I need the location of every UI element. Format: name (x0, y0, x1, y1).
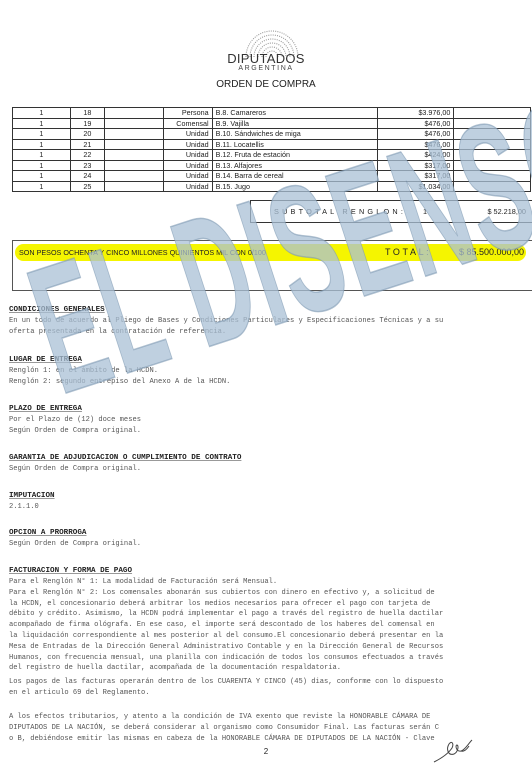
cell-blank (105, 171, 164, 182)
cell-total (454, 139, 531, 150)
paragraph-text: A los efectos tributarios, y atento a la… (9, 712, 439, 744)
cell-blank (105, 150, 164, 161)
cell-description: B.12. Fruta de estación (212, 150, 377, 161)
cell-unit: Unidad (163, 171, 212, 182)
cell-blank (105, 181, 164, 192)
cell-qty: 1 (13, 108, 71, 119)
cell-total (454, 181, 531, 192)
items-table: 118PersonaB.8. Camareros$3.976,00119Come… (12, 107, 531, 192)
org-country: ARGENTINA (0, 65, 532, 72)
total-in-words: SON PESOS OCHENTA Y CINCO MILLONES QUINI… (19, 248, 266, 257)
section-body: Renglón 1: en el ámbito de la HCDN. Reng… (9, 366, 230, 388)
cell-unit: Unidad (163, 139, 212, 150)
cell-item-number: 23 (70, 160, 104, 171)
cell-qty: 1 (13, 171, 71, 182)
paragraph-efectos-tributarios: A los efectos tributarios, y atento a la… (9, 712, 439, 744)
document-title: ORDEN DE COMPRA (0, 79, 532, 90)
cell-description: B.9. Vajilla (212, 118, 377, 129)
section-condiciones-generales: CONDICIONES GENERALES En un todo de acue… (9, 298, 443, 338)
subtotal-box: SUBTOTAL RENGLON: 1 $ 52.218,00 (250, 200, 532, 223)
subtotal-amount: $ 52.218,00 (487, 207, 526, 216)
table-row: 120UnidadB.10. Sándwiches de miga$476,00 (13, 129, 531, 140)
cell-description: B.14. Barra de cereal (212, 171, 377, 182)
section-body: 2.1.1.0 (9, 502, 55, 513)
section-title: IMPUTACION (9, 491, 55, 501)
signature-icon (432, 736, 477, 766)
section-title: LUGAR DE ENTREGA (9, 355, 82, 365)
total-amount: $ 85.500.000,00 (459, 247, 524, 257)
cell-unit-price: $317,00 (377, 160, 454, 171)
cell-qty: 1 (13, 129, 71, 140)
section-body: En un todo de acuerdo al Pliego de Bases… (9, 316, 443, 338)
cell-qty: 1 (13, 118, 71, 129)
table-row: 122UnidadB.12. Fruta de estación$424,00 (13, 150, 531, 161)
section-garantia: GARANTIA DE ADJUDICACION O CUMPLIMIENTO … (9, 446, 241, 475)
cell-unit: Unidad (163, 129, 212, 140)
cell-unit-price: $317,00 (377, 171, 454, 182)
cell-unit-price: $1.034,00 (377, 181, 454, 192)
cell-unit-price: $3.976,00 (377, 108, 454, 119)
cell-item-number: 18 (70, 108, 104, 119)
cell-qty: 1 (13, 139, 71, 150)
cell-total (454, 160, 531, 171)
section-lugar-de-entrega: LUGAR DE ENTREGA Renglón 1: en el ámbito… (9, 348, 230, 388)
cell-item-number: 24 (70, 171, 104, 182)
section-facturacion: FACTURACION Y FORMA DE PAGO Para el Reng… (9, 559, 443, 674)
cell-description: B.15. Jugo (212, 181, 377, 192)
cell-blank (105, 139, 164, 150)
cell-unit-price: $476,00 (377, 139, 454, 150)
cell-item-number: 25 (70, 181, 104, 192)
subtotal-label: SUBTOTAL RENGLON: (274, 207, 406, 216)
cell-description: B.8. Camareros (212, 108, 377, 119)
cell-blank (105, 129, 164, 140)
cell-item-number: 21 (70, 139, 104, 150)
cell-total (454, 118, 531, 129)
total-label: TOTAL: (385, 247, 431, 257)
cell-total (454, 129, 531, 140)
section-body: Para el Renglón N° 1: La modalidad de Fa… (9, 577, 443, 674)
section-body: Según Orden de Compra original. (9, 539, 141, 550)
cell-unit: Unidad (163, 150, 212, 161)
table-row: 123UnidadB.13. Alfajores$317,00 (13, 160, 531, 171)
cell-item-number: 22 (70, 150, 104, 161)
section-imputacion: IMPUTACION 2.1.1.0 (9, 484, 55, 513)
cell-total (454, 108, 531, 119)
org-name: DIPUTADOS (0, 51, 532, 66)
cell-qty: 1 (13, 160, 71, 171)
cell-total (454, 150, 531, 161)
cell-total (454, 171, 531, 182)
cell-unit: Persona (163, 108, 212, 119)
cell-blank (105, 118, 164, 129)
paragraph-text: Los pagos de las facturas operarán dentr… (9, 677, 443, 699)
cell-unit: Unidad (163, 160, 212, 171)
paragraph-plazo-pagos: Los pagos de las facturas operarán dentr… (9, 677, 443, 699)
cell-blank (105, 160, 164, 171)
cell-item-number: 20 (70, 129, 104, 140)
table-row: 118PersonaB.8. Camareros$3.976,00 (13, 108, 531, 119)
section-title: CONDICIONES GENERALES (9, 305, 105, 315)
cell-item-number: 19 (70, 118, 104, 129)
table-row: 125UnidadB.15. Jugo$1.034,00 (13, 181, 531, 192)
section-title: FACTURACION Y FORMA DE PAGO (9, 566, 132, 576)
section-body: Según Orden de Compra original. (9, 464, 241, 475)
cell-unit-price: $476,00 (377, 129, 454, 140)
table-row: 121UnidadB.11. Locatellis$476,00 (13, 139, 531, 150)
section-plazo-de-entrega: PLAZO DE ENTREGA Por el Plazo de (12) do… (9, 397, 141, 437)
total-box: SON PESOS OCHENTA Y CINCO MILLONES QUINI… (12, 240, 532, 291)
cell-description: B.10. Sándwiches de miga (212, 129, 377, 140)
table-row: 124UnidadB.14. Barra de cereal$317,00 (13, 171, 531, 182)
section-opcion-a-prorroga: OPCION A PRORROGA Según Orden de Compra … (9, 521, 141, 550)
subtotal-renglon: 1 (423, 207, 427, 216)
cell-unit: Unidad (163, 181, 212, 192)
cell-qty: 1 (13, 181, 71, 192)
cell-qty: 1 (13, 150, 71, 161)
section-body: Por el Plazo de (12) doce meses Según Or… (9, 415, 141, 437)
cell-description: B.11. Locatellis (212, 139, 377, 150)
table-row: 119ComensalB.9. Vajilla$476,00 (13, 118, 531, 129)
cell-unit: Comensal (163, 118, 212, 129)
section-title: GARANTIA DE ADJUDICACION O CUMPLIMIENTO … (9, 453, 241, 463)
cell-blank (105, 108, 164, 119)
cell-description: B.13. Alfajores (212, 160, 377, 171)
cell-unit-price: $476,00 (377, 118, 454, 129)
section-title: PLAZO DE ENTREGA (9, 404, 82, 414)
cell-unit-price: $424,00 (377, 150, 454, 161)
section-title: OPCION A PRORROGA (9, 528, 86, 538)
